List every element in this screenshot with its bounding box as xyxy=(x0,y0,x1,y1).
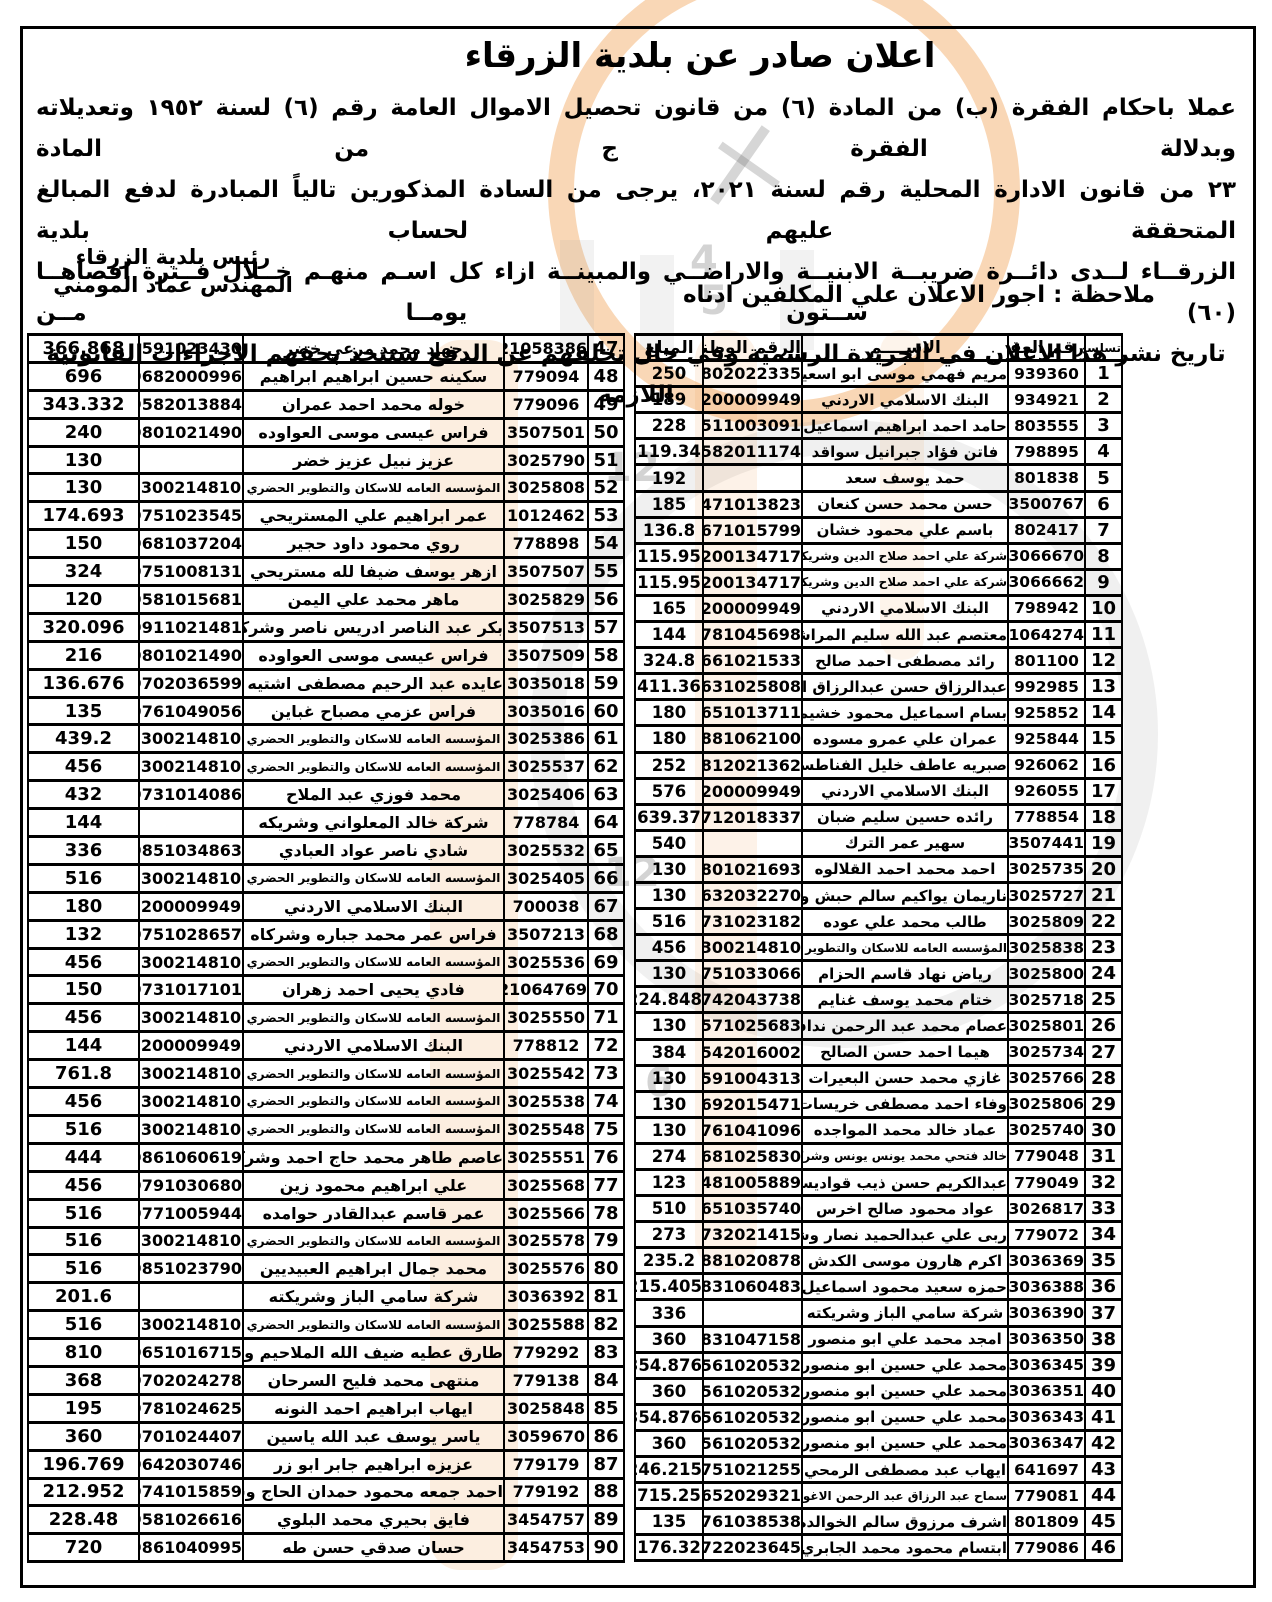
cell-amount: 120 xyxy=(28,586,139,614)
cell-national-id: 300214810 xyxy=(139,1227,243,1255)
table-row: 48779094سكينه حسين ابراهيم ابراهيم968200… xyxy=(28,362,624,390)
cell-name: ناريمان يواكيم سالم حبش وشركاه xyxy=(802,882,1008,908)
cell-property: 3025808 xyxy=(504,474,588,502)
cell-name: احمد محمد احمد القلالوه xyxy=(802,856,1008,882)
column-header-amount: المبلغ xyxy=(635,335,703,361)
table-row: 17926055البنك الاسلامي الاردني2000099495… xyxy=(635,778,1122,804)
table-row: 54778898روي محمود داود حجير9681037204150 xyxy=(28,530,624,558)
cell-national-id: 9761041096 xyxy=(703,1117,802,1143)
cell-property: 779049 xyxy=(1008,1170,1085,1196)
table-row: 223025809طالب محمد علي عوده9731023182516 xyxy=(635,909,1122,935)
cell-name: محمد فوزي عبد الملاح xyxy=(243,781,504,809)
cell-amount: 130 xyxy=(635,1117,703,1143)
cell-name: ابتسام محمود محمد الجابري xyxy=(802,1535,1008,1561)
cell-amount: 189 xyxy=(635,387,703,413)
cell-amount: 135 xyxy=(28,697,139,725)
cell-property: 3507513 xyxy=(504,613,588,641)
signature-title: رئيس بلدية الزرقاء xyxy=(28,243,318,271)
cell-name: عمران علي عمرو مسوده xyxy=(802,726,1008,752)
cell-national-id: 300214810 xyxy=(139,725,243,753)
cell-name: المؤسسه العامه للاسكان والتطوير الحضري xyxy=(243,1060,504,1088)
cell-national-id: 9481005889 xyxy=(703,1170,802,1196)
cell-amount: 516 xyxy=(28,1311,139,1339)
cell-name: فراس عزمي مصباح غباين xyxy=(243,697,504,725)
table-row: 393036345محمد علي حسين ابو منصور95610205… xyxy=(635,1352,1122,1378)
cell-national-id xyxy=(703,830,802,856)
table-row: 623025537المؤسسه العامه للاسكان والتطوير… xyxy=(28,753,624,781)
table-row: 303025740عماد خالد محمد المواجده97610410… xyxy=(635,1117,1122,1143)
cell-serial: 66 xyxy=(588,864,624,892)
cell-property: 801838 xyxy=(1008,465,1085,491)
table-row: 333026817عواد محمود صالح اخرس96510357405… xyxy=(635,1196,1122,1222)
cell-amount: 115.95 xyxy=(635,569,703,595)
cell-amount: 228.48 xyxy=(28,1506,139,1534)
cell-amount: 360 xyxy=(635,1326,703,1352)
cell-property: 779192 xyxy=(504,1478,588,1506)
cell-national-id: 9671015799 xyxy=(703,517,802,543)
cell-property: 926062 xyxy=(1008,752,1085,778)
cell-serial: 64 xyxy=(588,809,624,837)
cell-serial: 73 xyxy=(588,1060,624,1088)
cell-serial: 72 xyxy=(588,1032,624,1060)
cell-name: المؤسسه العامه للاسكان والتطوير الحضري xyxy=(243,1088,504,1116)
cell-amount: 360 xyxy=(635,1430,703,1456)
table-row: 823025588المؤسسه العامه للاسكان والتطوير… xyxy=(28,1311,624,1339)
cell-property: 779072 xyxy=(1008,1222,1085,1248)
page-title: اعلان صادر عن بلدية الزرقاء xyxy=(130,36,1270,76)
table-row: 43641697ايهاب عبد مصطفى الرمحي9751021255… xyxy=(635,1457,1122,1483)
cell-amount: 144 xyxy=(28,809,139,837)
cell-serial: 82 xyxy=(588,1311,624,1339)
cell-property: 3036351 xyxy=(1008,1378,1085,1404)
cell-national-id: 9861060619 xyxy=(139,1143,243,1171)
cell-property: 1012462 xyxy=(504,502,588,530)
cell-national-id: 9681037204 xyxy=(139,530,243,558)
cell-name: معتصم عبد الله سليم المراشده xyxy=(802,622,1008,648)
cell-property: 3036345 xyxy=(1008,1352,1085,1378)
cell-name: روي محمود داود حجير xyxy=(243,530,504,558)
table-row: 5801838حمد يوسف سعد192 xyxy=(635,465,1122,491)
cell-serial: 55 xyxy=(588,558,624,586)
cell-amount: 324.8 xyxy=(635,648,703,674)
cell-serial: 9 xyxy=(1085,569,1122,595)
cell-property: 778812 xyxy=(504,1032,588,1060)
cell-name: ازهر يوسف ضيفا لله مستريحي xyxy=(243,558,504,586)
cell-property: 3025838 xyxy=(1008,935,1085,961)
cell-amount: 354.876 xyxy=(635,1404,703,1430)
cell-national-id: 9802022335 xyxy=(703,361,802,387)
table-row: 93066662شركة علي احمد صلاح الدين وشريكته… xyxy=(635,569,1122,595)
cell-amount: 273 xyxy=(635,1222,703,1248)
table-row: 593035018عايده عبد الرحيم مصطفى اشتيه وش… xyxy=(28,669,624,697)
cell-amount: 150 xyxy=(28,976,139,1004)
cell-name: بسام اسماعيل محمود خشيم xyxy=(802,700,1008,726)
cell-amount: 130 xyxy=(28,446,139,474)
cell-name: عمر ابراهيم علي المستريحي xyxy=(243,502,504,530)
cell-name: طارق عطيه ضيف الله الملاحيم وشركاه xyxy=(243,1339,504,1367)
cell-serial: 35 xyxy=(1085,1248,1122,1274)
cell-national-id: 9881062100 xyxy=(703,726,802,752)
cell-national-id: 9851023790 xyxy=(139,1255,243,1283)
cell-amount: 456 xyxy=(28,1088,139,1116)
table-row: 653025532شادي ناصر عواد العبادي985103486… xyxy=(28,837,624,865)
table-row: 773025568علي ابراهيم محمود زين9791030680… xyxy=(28,1171,624,1199)
table-row: 293025806وفاء احمد مصطفى خريسات969201547… xyxy=(635,1091,1122,1117)
cell-serial: 6 xyxy=(1085,491,1122,517)
cell-serial: 17 xyxy=(1085,778,1122,804)
cell-amount: 180 xyxy=(635,700,703,726)
cell-name: عصام محمد عبد الرحمن نداف xyxy=(802,1013,1008,1039)
cell-property: 934921 xyxy=(1008,387,1085,413)
cell-property: 3025578 xyxy=(504,1227,588,1255)
cell-name: فراس عمر محمد جباره وشركاه xyxy=(243,920,504,948)
cell-property: 3025734 xyxy=(1008,1039,1085,1065)
cell-amount: 136.8 xyxy=(635,517,703,543)
cell-name: المؤسسه العامه للاسكان والتطوير الحضري xyxy=(802,935,1008,961)
cell-amount: 360 xyxy=(635,1378,703,1404)
cell-property: 779081 xyxy=(1008,1483,1085,1509)
cell-national-id: 9741015859 xyxy=(139,1478,243,1506)
cell-national-id: 9651016715 xyxy=(139,1339,243,1367)
cell-name: رائد مصطفى احمد صالح xyxy=(802,648,1008,674)
cell-name: محمد جمال ابراهيم العبيديين xyxy=(243,1255,504,1283)
column-header-name: الاســــم xyxy=(802,335,1008,361)
cell-name: اشرف مرزوق سالم الخوالده xyxy=(802,1509,1008,1535)
cell-national-id: 9812021362 xyxy=(703,752,802,778)
cell-serial: 1 xyxy=(1085,361,1122,387)
table-row: 783025566عمر قاسم عبدالقادر حوامده977100… xyxy=(28,1199,624,1227)
cell-amount: 165 xyxy=(635,595,703,621)
cell-property: 802417 xyxy=(1008,517,1085,543)
cell-amount: 250 xyxy=(635,361,703,387)
cell-amount: 456 xyxy=(28,1004,139,1032)
cell-name: فراس عيسى موسى العواوده xyxy=(243,418,504,446)
cell-serial: 68 xyxy=(588,920,624,948)
cell-national-id: 9651013711 xyxy=(703,700,802,726)
cell-national-id: 9702036599 xyxy=(139,669,243,697)
table-header-row: تسلسل رقم العقار الاســــم الرقم الوطني … xyxy=(635,335,1122,361)
cell-serial: 38 xyxy=(1085,1326,1122,1352)
table-row: 13992985عبدالرزاق حسن عبدالرزاق الحداد96… xyxy=(635,674,1122,700)
cell-amount: 176.32 xyxy=(635,1535,703,1561)
cell-property: 21064274 xyxy=(1008,622,1085,648)
cell-property: 3036390 xyxy=(1008,1300,1085,1326)
cell-property: 3026817 xyxy=(1008,1196,1085,1222)
cell-national-id: 300214810 xyxy=(139,1115,243,1143)
table-row: 243025800رياض نهاد قاسم الحزام9751033066… xyxy=(635,961,1122,987)
cell-national-id xyxy=(703,465,802,491)
cell-serial: 10 xyxy=(1085,595,1122,621)
cell-national-id: 9702024278 xyxy=(139,1366,243,1394)
cell-name: بكر عبد الناصر ادريس ناصر وشركاه xyxy=(243,613,504,641)
cell-amount: 696 xyxy=(28,362,139,390)
cell-amount: 516 xyxy=(28,864,139,892)
table-row: 233025838المؤسسه العامه للاسكان والتطوير… xyxy=(635,935,1122,961)
cell-name: محمد علي حسين ابو منصور xyxy=(802,1430,1008,1456)
cell-amount: 150 xyxy=(28,530,139,558)
cell-name: منتهى محمد فليح السرحان xyxy=(243,1366,504,1394)
cell-national-id: 9742043738 xyxy=(703,987,802,1013)
cell-property: 778898 xyxy=(504,530,588,558)
cell-serial: 49 xyxy=(588,390,624,418)
cell-name: عزيز نبيل عزيز خضر xyxy=(243,446,504,474)
cell-serial: 23 xyxy=(1085,935,1122,961)
cell-name: ربى علي عبدالحميد نصار وشركاه xyxy=(802,1222,1008,1248)
cell-property: 779292 xyxy=(504,1339,588,1367)
cell-serial: 61 xyxy=(588,725,624,753)
table-row: 203025735احمد محمد احمد القلالوه98010216… xyxy=(635,856,1122,882)
cell-serial: 53 xyxy=(588,502,624,530)
cell-property: 3454753 xyxy=(504,1534,588,1562)
table-row: 31779048خالد فتحي محمد يونس يونس وشركاه9… xyxy=(635,1143,1122,1169)
table-row: 3803555حامد احمد ابراهيم اسماعيل95110030… xyxy=(635,413,1122,439)
cell-property: 3025801 xyxy=(1008,1013,1085,1039)
cell-property: 3025735 xyxy=(1008,856,1085,882)
table-row: 423036347محمد علي حسين ابو منصور95610205… xyxy=(635,1430,1122,1456)
cell-serial: 4 xyxy=(1085,439,1122,465)
table-row: 7802417باسم علي محمود خشان9671015799136.… xyxy=(635,517,1122,543)
cell-property: 3025806 xyxy=(1008,1091,1085,1117)
cell-name: حامد احمد ابراهيم اسماعيل xyxy=(802,413,1008,439)
table-row: 63500767حسن محمد حسن كنعان9471013823185 xyxy=(635,491,1122,517)
cell-property: 3036369 xyxy=(1008,1248,1085,1274)
cell-name: عاصم طاهر محمد حاج احمد وشركاه xyxy=(243,1143,504,1171)
cell-amount: 212.952 xyxy=(28,1478,139,1506)
cell-national-id: 9751023545 xyxy=(139,502,243,530)
cell-serial: 51 xyxy=(588,446,624,474)
cell-name: حسان صدقي حسن طه xyxy=(243,1534,504,1562)
cell-national-id: 9591023430 xyxy=(139,335,243,363)
cell-serial: 48 xyxy=(588,362,624,390)
cell-amount: 516 xyxy=(28,1115,139,1143)
table-row: 213025727ناريمان يواكيم سالم حبش وشركاه9… xyxy=(635,882,1122,908)
cell-amount: 130 xyxy=(635,961,703,987)
cell-national-id: 200009949 xyxy=(703,595,802,621)
cell-national-id: 300214810 xyxy=(139,474,243,502)
cell-serial: 52 xyxy=(588,474,624,502)
cell-national-id: 9751033066 xyxy=(703,961,802,987)
cell-property: 992985 xyxy=(1008,674,1085,700)
cell-property: 926055 xyxy=(1008,778,1085,804)
cell-national-id: 9831060483 xyxy=(703,1274,802,1300)
cell-property: 3454757 xyxy=(504,1506,588,1534)
table-row: 1121064274معتصم عبد الله سليم المراشده97… xyxy=(635,622,1122,648)
cell-amount: 130 xyxy=(635,882,703,908)
cell-amount: 246.215 xyxy=(635,1457,703,1483)
cell-serial: 31 xyxy=(1085,1143,1122,1169)
cell-national-id: 9801021490 xyxy=(139,418,243,446)
cell-name: فايق بحيري محمد البلوي xyxy=(243,1506,504,1534)
cell-amount: 444 xyxy=(28,1143,139,1171)
cell-amount: 136.676 xyxy=(28,669,139,697)
cell-amount: 368 xyxy=(28,1366,139,1394)
cell-name: المؤسسه العامه للاسكان والتطوير الحضري xyxy=(243,1115,504,1143)
cell-national-id: 9642030746 xyxy=(139,1450,243,1478)
cell-name: باسم علي محمود خشان xyxy=(802,517,1008,543)
cell-name: محمد علي حسين ابو منصور xyxy=(802,1352,1008,1378)
cell-name: فراس عيسى موسى العواوده xyxy=(243,641,504,669)
table-row: 72778812البنك الاسلامي الاردني2000099491… xyxy=(28,1032,624,1060)
cell-serial: 20 xyxy=(1085,856,1122,882)
cell-serial: 21 xyxy=(1085,882,1122,908)
cell-amount: 576 xyxy=(635,778,703,804)
cell-national-id: 9732021415 xyxy=(703,1222,802,1248)
cell-name: المؤسسه العامه للاسكان والتطوير الحضري xyxy=(243,1227,504,1255)
cell-amount: 123 xyxy=(635,1170,703,1196)
cell-serial: 88 xyxy=(588,1478,624,1506)
cell-amount: 119.34 xyxy=(635,439,703,465)
cell-name: المؤسسه العامه للاسكان والتطوير الحضري xyxy=(243,474,504,502)
table-row: 49779096خوله محمد احمد عمران958201388434… xyxy=(28,390,624,418)
cell-serial: 3 xyxy=(1085,413,1122,439)
cell-property: 3036392 xyxy=(504,1283,588,1311)
cell-property: 3025406 xyxy=(504,781,588,809)
taxpayers-table-1-46: تسلسل رقم العقار الاســــم الرقم الوطني … xyxy=(634,333,1123,1562)
cell-property: 925844 xyxy=(1008,726,1085,752)
cell-serial: 34 xyxy=(1085,1222,1122,1248)
cell-amount: 516 xyxy=(28,1199,139,1227)
table-row: 903454753حسان صدقي حسن طه9861040995720 xyxy=(28,1534,624,1562)
cell-name: عزيزه ابراهيم جابر ابو زر xyxy=(243,1450,504,1478)
cell-serial: 11 xyxy=(1085,622,1122,648)
cell-serial: 2 xyxy=(1085,387,1122,413)
cell-national-id: 9712018337 xyxy=(703,804,802,830)
cell-amount: 130 xyxy=(635,856,703,882)
cell-serial: 32 xyxy=(1085,1170,1122,1196)
cell-name: حسن محمد حسن كنعان xyxy=(802,491,1008,517)
cell-amount: 180 xyxy=(28,892,139,920)
cell-name: شادي ناصر عواد العبادي xyxy=(243,837,504,865)
cell-amount: 439.2 xyxy=(28,725,139,753)
cell-name: خوله محمد احمد عمران xyxy=(243,390,504,418)
table-row: 83066670شركة علي احمد صلاح الدين وشريكته… xyxy=(635,543,1122,569)
cell-serial: 5 xyxy=(1085,465,1122,491)
table-row: 713025550المؤسسه العامه للاسكان والتطوير… xyxy=(28,1004,624,1032)
table-row: 283025766غازي محمد حسن البعيرات959100431… xyxy=(635,1065,1122,1091)
cell-serial: 63 xyxy=(588,781,624,809)
signature-name: المهندس عماد المومني xyxy=(28,271,318,299)
cell-name: رائده حسين سليم ضبان xyxy=(802,804,1008,830)
cell-amount: 135 xyxy=(635,1509,703,1535)
table-row: 353036369اكرم هارون موسى الكدش9881020878… xyxy=(635,1248,1122,1274)
cell-property: 3025538 xyxy=(504,1088,588,1116)
cell-serial: 39 xyxy=(1085,1352,1122,1378)
cell-national-id: 300214810 xyxy=(139,753,243,781)
cell-national-id: 9651035740 xyxy=(703,1196,802,1222)
cell-name: المؤسسه العامه للاسكان والتطوير الحضري xyxy=(243,948,504,976)
cell-amount: 130 xyxy=(635,1013,703,1039)
cell-amount: 252 xyxy=(635,752,703,778)
cell-property: 778854 xyxy=(1008,804,1085,830)
cell-name: المؤسسه العامه للاسكان والتطوير الحضري xyxy=(243,864,504,892)
cell-amount: 130 xyxy=(635,1065,703,1091)
cell-national-id: 9851034863 xyxy=(139,837,243,865)
cell-property: 801100 xyxy=(1008,648,1085,674)
cell-amount: 235.2 xyxy=(635,1248,703,1274)
table-row: 603035016فراس عزمي مصباح غباين9761049056… xyxy=(28,697,624,725)
cell-national-id: 200134717 xyxy=(703,543,802,569)
table-row: 523025808المؤسسه العامه للاسكان والتطوير… xyxy=(28,474,624,502)
cell-property: 3036350 xyxy=(1008,1326,1085,1352)
announcement-page: 12 4 5 6 12 اعلان صادر عن بلدية الزرقاء … xyxy=(0,0,1272,1602)
cell-name: خالد فتحي محمد يونس يونس وشركاه xyxy=(802,1143,1008,1169)
cell-name: عماد خالد محمد المواجده xyxy=(802,1117,1008,1143)
cell-serial: 84 xyxy=(588,1366,624,1394)
cell-serial: 30 xyxy=(1085,1117,1122,1143)
table-row: 531012462عمر ابراهيم علي المستريحي975102… xyxy=(28,502,624,530)
cell-amount: 456 xyxy=(28,1171,139,1199)
cell-property: 21058386 xyxy=(504,335,588,363)
cell-national-id: 9861040995 xyxy=(139,1534,243,1562)
cell-amount: 761.8 xyxy=(28,1060,139,1088)
cell-serial: 22 xyxy=(1085,909,1122,935)
table-row: 503507501فراس عيسى موسى العواوده98010214… xyxy=(28,418,624,446)
cell-national-id: 9561020532 xyxy=(703,1404,802,1430)
cell-property: 3507441 xyxy=(1008,830,1085,856)
table-row: 743025538المؤسسه العامه للاسكان والتطوير… xyxy=(28,1088,624,1116)
cell-serial: 57 xyxy=(588,613,624,641)
table-row: 34779072ربى علي عبدالحميد نصار وشركاه973… xyxy=(635,1222,1122,1248)
cell-property: 925852 xyxy=(1008,700,1085,726)
cell-amount: 516 xyxy=(635,909,703,935)
cell-serial: 70 xyxy=(588,976,624,1004)
cell-amount: 366.868 xyxy=(28,335,139,363)
cell-name: البنك الاسلامي الاردني xyxy=(243,1032,504,1060)
cell-property: 3025576 xyxy=(504,1255,588,1283)
cell-amount: 115.95 xyxy=(635,543,703,569)
cell-serial: 14 xyxy=(1085,700,1122,726)
cell-name: البنك الاسلامي الاردني xyxy=(243,892,504,920)
column-header-property: رقم العقار xyxy=(1008,335,1085,361)
cell-national-id: 300214810 xyxy=(139,1311,243,1339)
cell-property: 3507507 xyxy=(504,558,588,586)
cell-name: ماهر محمد علي اليمن xyxy=(243,586,504,614)
cell-property: 3025800 xyxy=(1008,961,1085,987)
table-row: 263025801عصام محمد عبد الرحمن نداف957102… xyxy=(635,1013,1122,1039)
cell-serial: 37 xyxy=(1085,1300,1122,1326)
table-row: 583507509فراس عيسى موسى العواوده98010214… xyxy=(28,641,624,669)
table-row: 683507213فراس عمر محمد جباره وشركاه97510… xyxy=(28,920,624,948)
cell-serial: 90 xyxy=(588,1534,624,1562)
table-row: 64778784شركة خالد المعلواني وشريكه144 xyxy=(28,809,624,837)
table-row: 16926062صبريه عاطف خليل الفناطسه98120213… xyxy=(635,752,1122,778)
cell-property: 3025727 xyxy=(1008,882,1085,908)
column-header-serial: تسلسل xyxy=(1085,335,1122,361)
cell-name: صبريه عاطف خليل الفناطسه xyxy=(802,752,1008,778)
cell-national-id: 9731017101 xyxy=(139,976,243,1004)
cell-serial: 24 xyxy=(1085,961,1122,987)
cell-amount: 224.848 xyxy=(635,987,703,1013)
cell-national-id: 300214810 xyxy=(139,864,243,892)
cell-national-id: 9911021481 xyxy=(139,613,243,641)
cell-name: المؤسسه العامه للاسكان والتطوير الحضري xyxy=(243,725,504,753)
cell-national-id: 9682000996 xyxy=(139,362,243,390)
table-row: 18778854رائده حسين سليم ضبان971201833763… xyxy=(635,804,1122,830)
table-row: 753025548المؤسسه العامه للاسكان والتطوير… xyxy=(28,1115,624,1143)
cell-national-id: 9701024407 xyxy=(139,1422,243,1450)
table-row: 12801100رائد مصطفى احمد صالح966102153332… xyxy=(635,648,1122,674)
cell-national-id: 200009949 xyxy=(703,778,802,804)
cell-property: 3066670 xyxy=(1008,543,1085,569)
cell-national-id xyxy=(139,1283,243,1311)
cell-national-id: 200134717 xyxy=(703,569,802,595)
cell-amount: 432 xyxy=(28,781,139,809)
cell-property: 3025588 xyxy=(504,1311,588,1339)
cell-property: 3025548 xyxy=(504,1115,588,1143)
taxpayers-table-47-90: 4721058386جهاد محمد مرعي خضر959102343036… xyxy=(27,333,625,1563)
cell-property: 641697 xyxy=(1008,1457,1085,1483)
cell-property: 939360 xyxy=(1008,361,1085,387)
